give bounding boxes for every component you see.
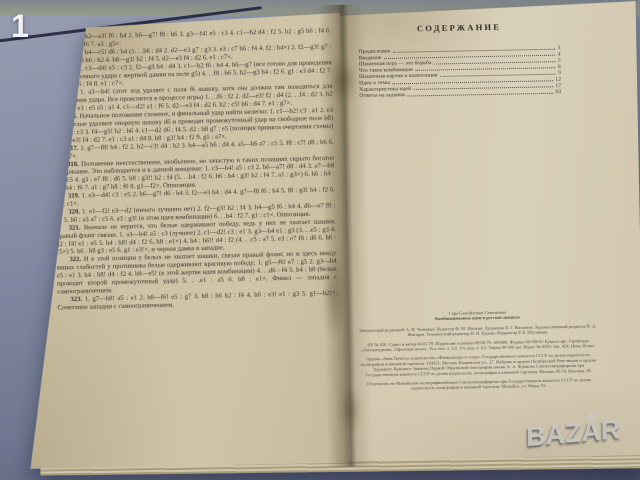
table-of-contents: СОДЕРЖАНИЕ Предисловие3 Введение4 Шашечн… xyxy=(358,21,562,109)
left-page: 312. 1. b2—a3! f6 : h4 2. h6—g7! f8 : h6… xyxy=(22,13,349,469)
colophon-editors: Заведующий редакцией А. И. Чемыкин. Реда… xyxy=(358,323,598,338)
solution-number: 312. xyxy=(64,33,76,41)
contents-title: СОДЕРЖАНИЕ xyxy=(358,21,560,35)
solution-number: 319. xyxy=(68,192,80,200)
solution-number: 313. xyxy=(64,48,76,56)
right-page: СОДЕРЖАНИЕ Предисловие3 Введение4 Шашечн… xyxy=(340,1,640,461)
solution-number: 323. xyxy=(70,295,82,303)
solution-number: 315. xyxy=(65,88,77,96)
solution-number: 317. xyxy=(67,144,79,152)
toc-label: Ответы на задания xyxy=(359,92,405,99)
photo-background: 1 312. 1. b2—a3! f6 : h4 2. h6—g7! f8 : … xyxy=(0,0,640,480)
solution-number: 316. xyxy=(66,112,78,120)
colophon-imprint: ИБ № 630. Сдано в набор 04.01.79. Подпис… xyxy=(358,338,598,353)
solution-number: 314. xyxy=(65,64,77,72)
colophon-block: Сара Самойловна Семенович Комбинационные… xyxy=(357,308,599,418)
solution-paragraph: 322. И в этой позиции у белых не хватает… xyxy=(56,249,337,296)
colophon-publisher: Ордена «Знак Почета» издательство «Физку… xyxy=(358,352,598,377)
toc-list: Предисловие3 Введение4 Шашечная игра — э… xyxy=(358,45,561,99)
solution-number: 320. xyxy=(68,207,80,215)
solution-number: 321. xyxy=(69,223,81,231)
photo-index-label: 1 xyxy=(11,8,29,45)
toc-page-number: 63 xyxy=(556,89,562,95)
solutions-text-block: 312. 1. b2—a3! f6 : h4 2. h6—g7! f8 : h6… xyxy=(51,26,341,465)
colophon-printer: Отпечатано на Можайском полиграфкомбинат… xyxy=(359,377,599,392)
dot-leader xyxy=(407,93,553,97)
solution-number: 318. xyxy=(67,160,79,168)
watermark-accent xyxy=(585,411,598,419)
open-book: 312. 1. b2—a3! f6 : h4 2. h6—g7! f8 : h6… xyxy=(22,0,640,473)
solution-number: 322. xyxy=(69,255,81,263)
solution-text: И в этой позиции у белых не хватает шашк… xyxy=(57,249,337,295)
